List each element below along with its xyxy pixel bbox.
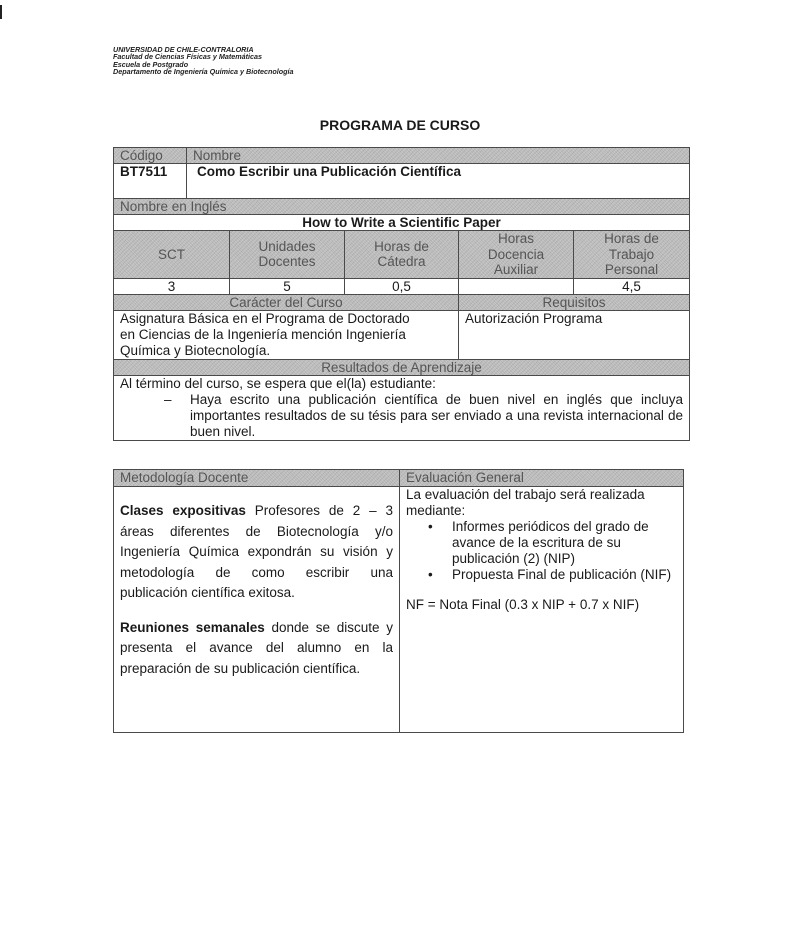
english-name-label: Nombre en Inglés bbox=[114, 199, 690, 215]
evaluation-intro: La evaluación del trabajo será realizada… bbox=[406, 487, 677, 519]
code-name-header-row: Código Nombre bbox=[114, 148, 690, 164]
evaluation-label: Evaluación General bbox=[400, 470, 684, 487]
stats-header-personal: Horas de Trabajo Personal bbox=[574, 231, 690, 279]
english-name-header-row: Nombre en Inglés bbox=[114, 199, 690, 215]
requirements-text: Autorización Programa bbox=[459, 310, 690, 359]
english-name: How to Write a Scientific Paper bbox=[114, 215, 690, 231]
methodology-evaluation-table: Metodología Docente Evaluación General C… bbox=[113, 469, 684, 733]
learning-outcomes-row: Al término del curso, se espera que el(l… bbox=[114, 375, 690, 440]
methodology-cell: Clases expositivas Profesores de 2 – 3 á… bbox=[114, 487, 400, 733]
stats-header-row: SCT Unidades Docentes Horas de Cátedra H… bbox=[114, 231, 690, 279]
character-requirements-row: Asignatura Básica en el Programa de Doct… bbox=[114, 310, 690, 359]
course-code: BT7511 bbox=[114, 164, 187, 199]
course-name: Como Escribir una Publicación Científica bbox=[187, 164, 690, 199]
stats-value-catedra: 0,5 bbox=[345, 278, 459, 294]
evaluation-item-text: Informes periódicos del grado de avance … bbox=[452, 519, 677, 567]
methodology-lectures-title: Clases expositivas bbox=[120, 503, 246, 518]
name-label: Nombre bbox=[187, 148, 690, 164]
learning-outcomes-cell: Al término del curso, se espera que el(l… bbox=[114, 375, 690, 440]
requirements-label: Requisitos bbox=[459, 294, 690, 310]
character-label: Carácter del Curso bbox=[114, 294, 459, 310]
letterhead: UNIVERSIDAD DE CHILE-CONTRALORIA Faculta… bbox=[113, 46, 294, 76]
learning-outcome-item: – Haya escrito una publicación científic… bbox=[164, 392, 683, 440]
dash-bullet-icon: – bbox=[164, 392, 190, 440]
stats-header-auxiliar: Horas Docencia Auxiliar bbox=[459, 231, 574, 279]
evaluation-item-text: Propuesta Final de publicación (NIF) bbox=[452, 567, 671, 583]
evaluation-item: • Propuesta Final de publicación (NIF) bbox=[428, 567, 677, 583]
stats-header-unidades: Unidades Docentes bbox=[230, 231, 345, 279]
methodology-evaluation-row: Clases expositivas Profesores de 2 – 3 á… bbox=[114, 487, 684, 733]
course-info-table: Código Nombre BT7511 Como Escribir una P… bbox=[113, 147, 690, 441]
evaluation-list: • Informes periódicos del grado de avanc… bbox=[406, 519, 677, 583]
stats-values-row: 3 5 0,5 4,5 bbox=[114, 278, 690, 294]
stats-value-sct: 3 bbox=[114, 278, 230, 294]
learning-outcomes-intro: Al término del curso, se espera que el(l… bbox=[120, 376, 683, 392]
character-requirements-header-row: Carácter del Curso Requisitos bbox=[114, 294, 690, 310]
bullet-dot-icon: • bbox=[428, 567, 452, 583]
methodology-evaluation-header-row: Metodología Docente Evaluación General bbox=[114, 470, 684, 487]
methodology-lectures: Clases expositivas Profesores de 2 – 3 á… bbox=[120, 501, 393, 604]
code-label: Código bbox=[114, 148, 187, 164]
learning-outcomes-label: Resultados de Aprendizaje bbox=[114, 359, 690, 375]
stats-value-auxiliar bbox=[459, 278, 574, 294]
scan-edge-mark bbox=[0, 5, 2, 19]
stats-value-personal: 4,5 bbox=[574, 278, 690, 294]
english-name-row: How to Write a Scientific Paper bbox=[114, 215, 690, 231]
methodology-label: Metodología Docente bbox=[114, 470, 400, 487]
methodology-meetings-title: Reuniones semanales bbox=[120, 620, 265, 635]
methodology-meetings: Reuniones semanales donde se discute y p… bbox=[120, 618, 393, 680]
page-title: PROGRAMA DE CURSO bbox=[0, 117, 800, 133]
evaluation-item: • Informes periódicos del grado de avanc… bbox=[428, 519, 677, 567]
learning-outcome-text: Haya escrito una publicación científica … bbox=[190, 392, 683, 440]
stats-header-catedra: Horas de Cátedra bbox=[345, 231, 459, 279]
evaluation-cell: La evaluación del trabajo será realizada… bbox=[400, 487, 684, 733]
learning-outcomes-header-row: Resultados de Aprendizaje bbox=[114, 359, 690, 375]
bullet-dot-icon: • bbox=[428, 519, 452, 567]
stats-header-sct: SCT bbox=[114, 231, 230, 279]
character-text: Asignatura Básica en el Programa de Doct… bbox=[114, 310, 459, 359]
stats-value-unidades: 5 bbox=[230, 278, 345, 294]
code-name-row: BT7511 Como Escribir una Publicación Cie… bbox=[114, 164, 690, 199]
letterhead-department: Departamento de Ingeniería Química y Bio… bbox=[113, 68, 294, 75]
evaluation-formula: NF = Nota Final (0.3 x NIP + 0.7 x NIF) bbox=[406, 597, 677, 613]
